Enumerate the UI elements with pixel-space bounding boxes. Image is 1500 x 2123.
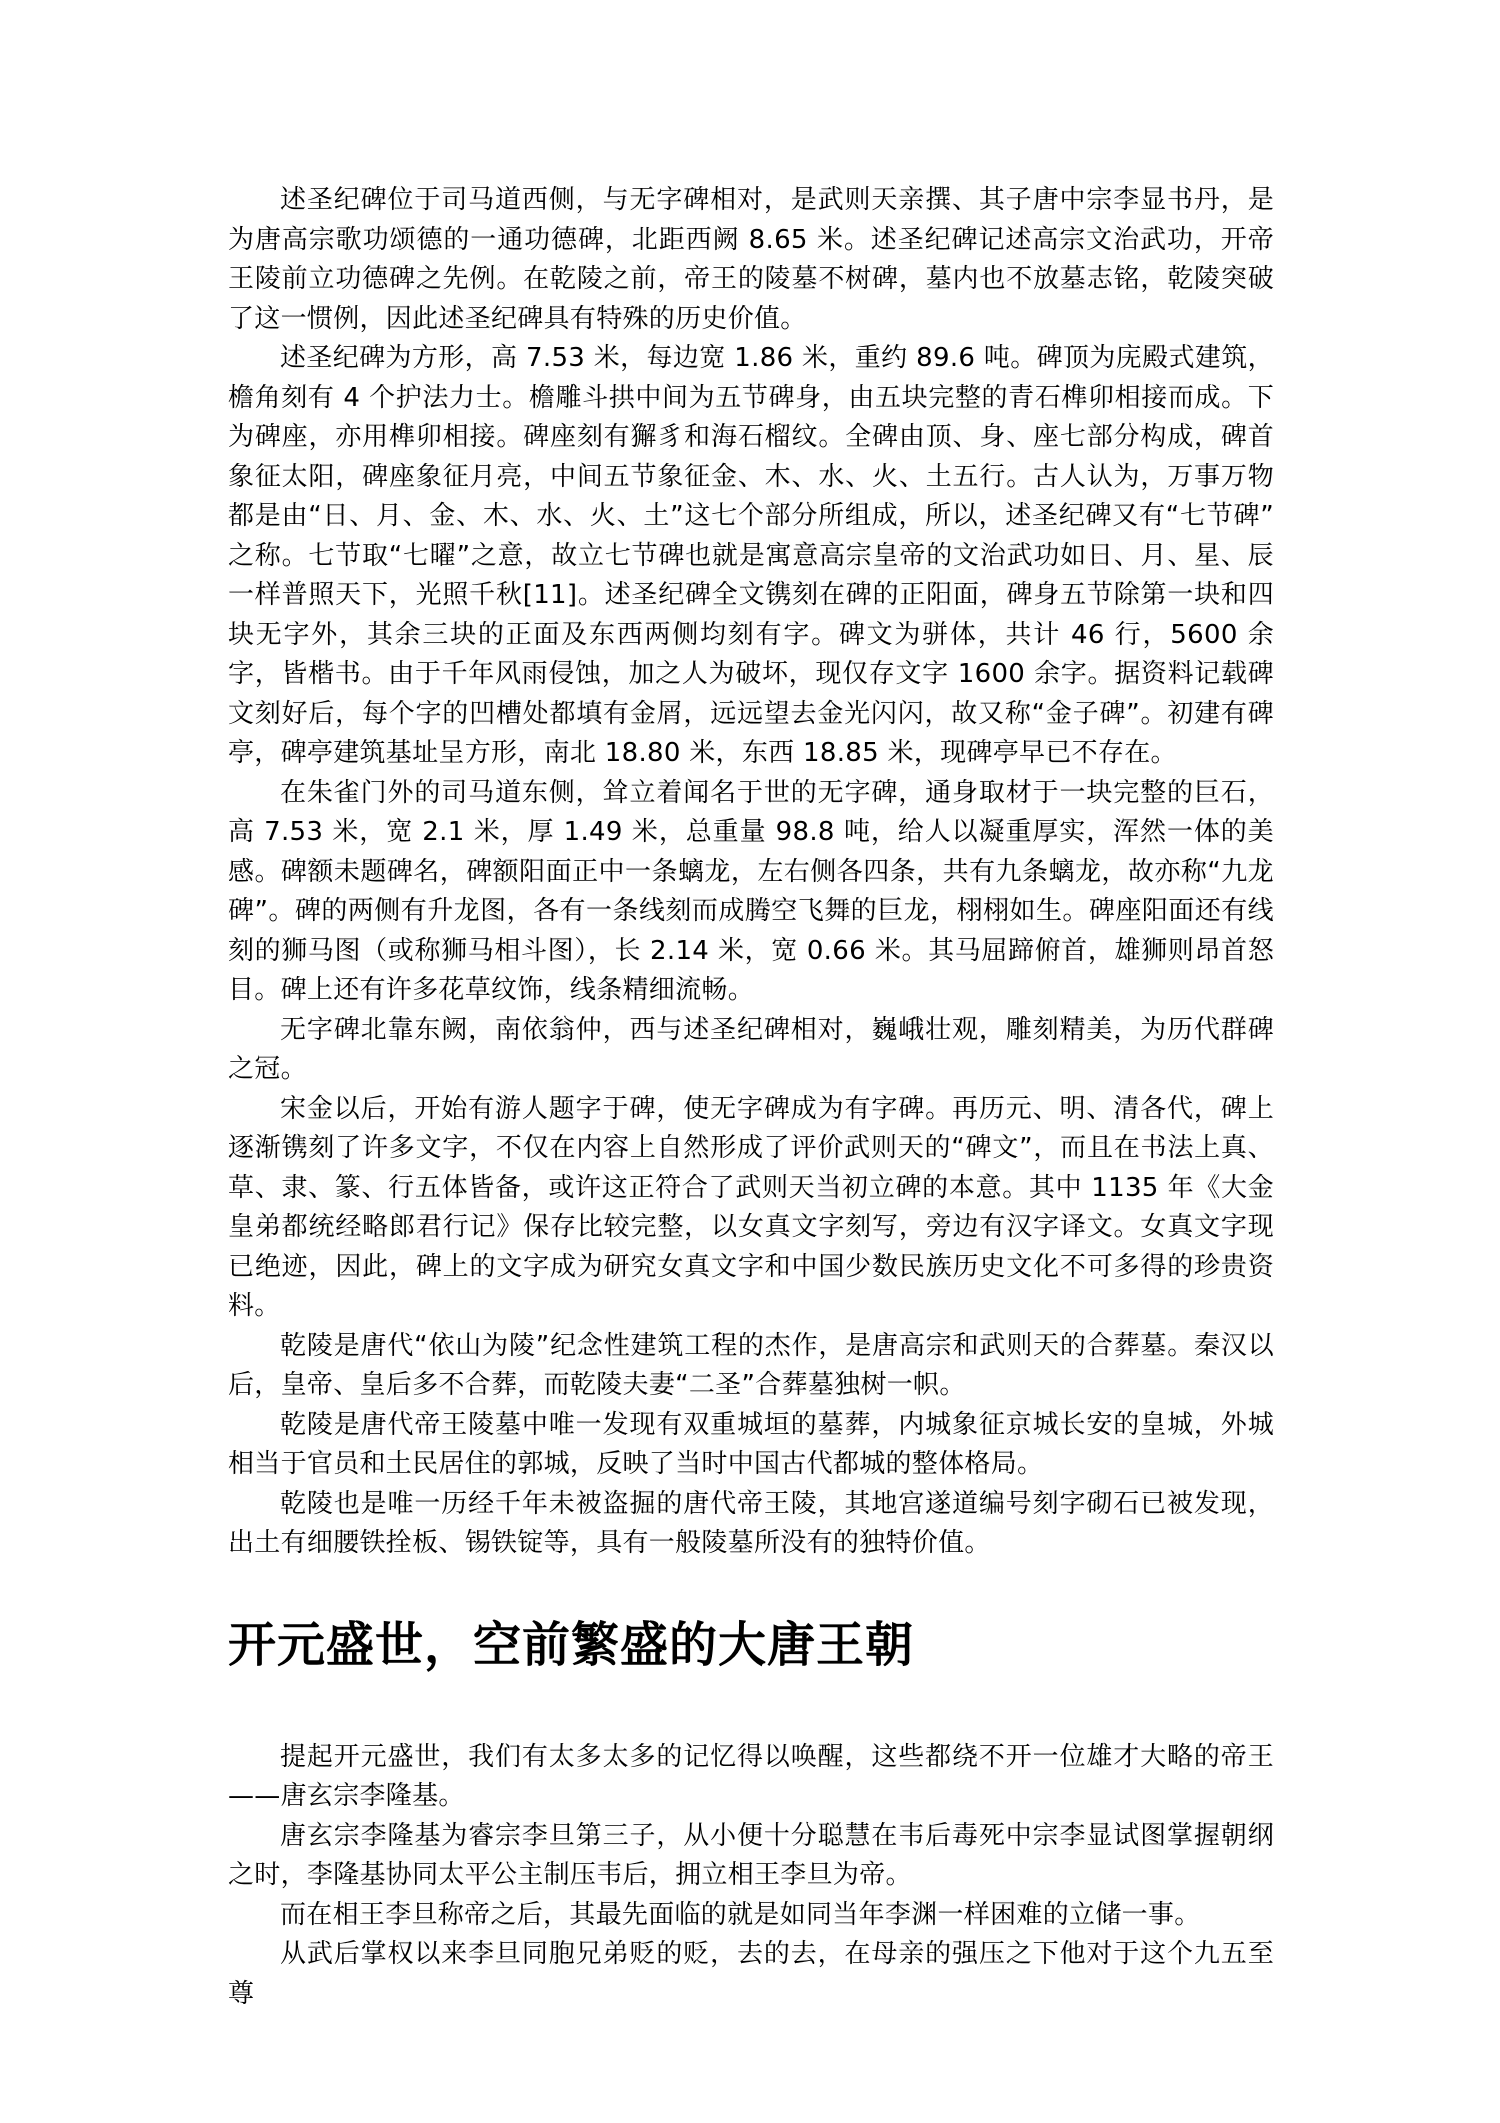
paragraph: 唐玄宗李隆基为睿宗李旦第三子，从小便十分聪慧在韦后毒死中宗李显试图掌握朝纲之时，… bbox=[228, 1817, 1274, 1896]
paragraph: 宋金以后，开始有游人题字于碑，使无字碑成为有字碑。再历元、明、清各代，碑上逐渐镌… bbox=[228, 1090, 1274, 1327]
document-page: 述圣纪碑位于司马道西侧，与无字碑相对，是武则天亲撰、其子唐中宗李显书丹，是为唐高… bbox=[0, 0, 1500, 2123]
paragraph: 乾陵是唐代帝王陵墓中唯一发现有双重城垣的墓葬，内城象征京城长安的皇城，外城相当于… bbox=[228, 1406, 1274, 1485]
paragraph: 述圣纪碑为方形，高 7.53 米，每边宽 1.86 米，重约 89.6 吨。碑顶… bbox=[228, 339, 1274, 774]
paragraph: 乾陵也是唯一历经千年未被盗掘的唐代帝王陵，其地宫遂道编号刻字砌石已被发现，出土有… bbox=[228, 1485, 1274, 1564]
paragraph: 在朱雀门外的司马道东侧，耸立着闻名于世的无字碑，通身取材于一块完整的巨石，高 7… bbox=[228, 774, 1274, 1011]
paragraph: 述圣纪碑位于司马道西侧，与无字碑相对，是武则天亲撰、其子唐中宗李显书丹，是为唐高… bbox=[228, 181, 1274, 339]
paragraph: 无字碑北靠东阙，南依翁仲，西与述圣纪碑相对，巍峨壮观，雕刻精美，为历代群碑之冠。 bbox=[228, 1011, 1274, 1090]
paragraph: 乾陵是唐代“依山为陵”纪念性建筑工程的杰作，是唐高宗和武则天的合葬墓。秦汉以后，… bbox=[228, 1327, 1274, 1406]
section-kaiyuan-prosperity: 提起开元盛世，我们有太多太多的记忆得以唤醒，这些都绕不开一位雄才大略的帝王——唐… bbox=[228, 1738, 1274, 2015]
paragraph: 而在相王李旦称帝之后，其最先面临的就是如同当年李渊一样困难的立储一事。 bbox=[228, 1896, 1274, 1936]
paragraph: 提起开元盛世，我们有太多太多的记忆得以唤醒，这些都绕不开一位雄才大略的帝王——唐… bbox=[228, 1738, 1274, 1817]
section-heading-kaiyuan: 开元盛世，空前繁盛的大唐王朝 bbox=[228, 1614, 1274, 1676]
section-qianling-steles: 述圣纪碑位于司马道西侧，与无字碑相对，是武则天亲撰、其子唐中宗李显书丹，是为唐高… bbox=[228, 181, 1274, 1564]
paragraph: 从武后掌权以来李旦同胞兄弟贬的贬，去的去，在母亲的强压之下他对于这个九五至尊 bbox=[228, 1935, 1274, 2014]
